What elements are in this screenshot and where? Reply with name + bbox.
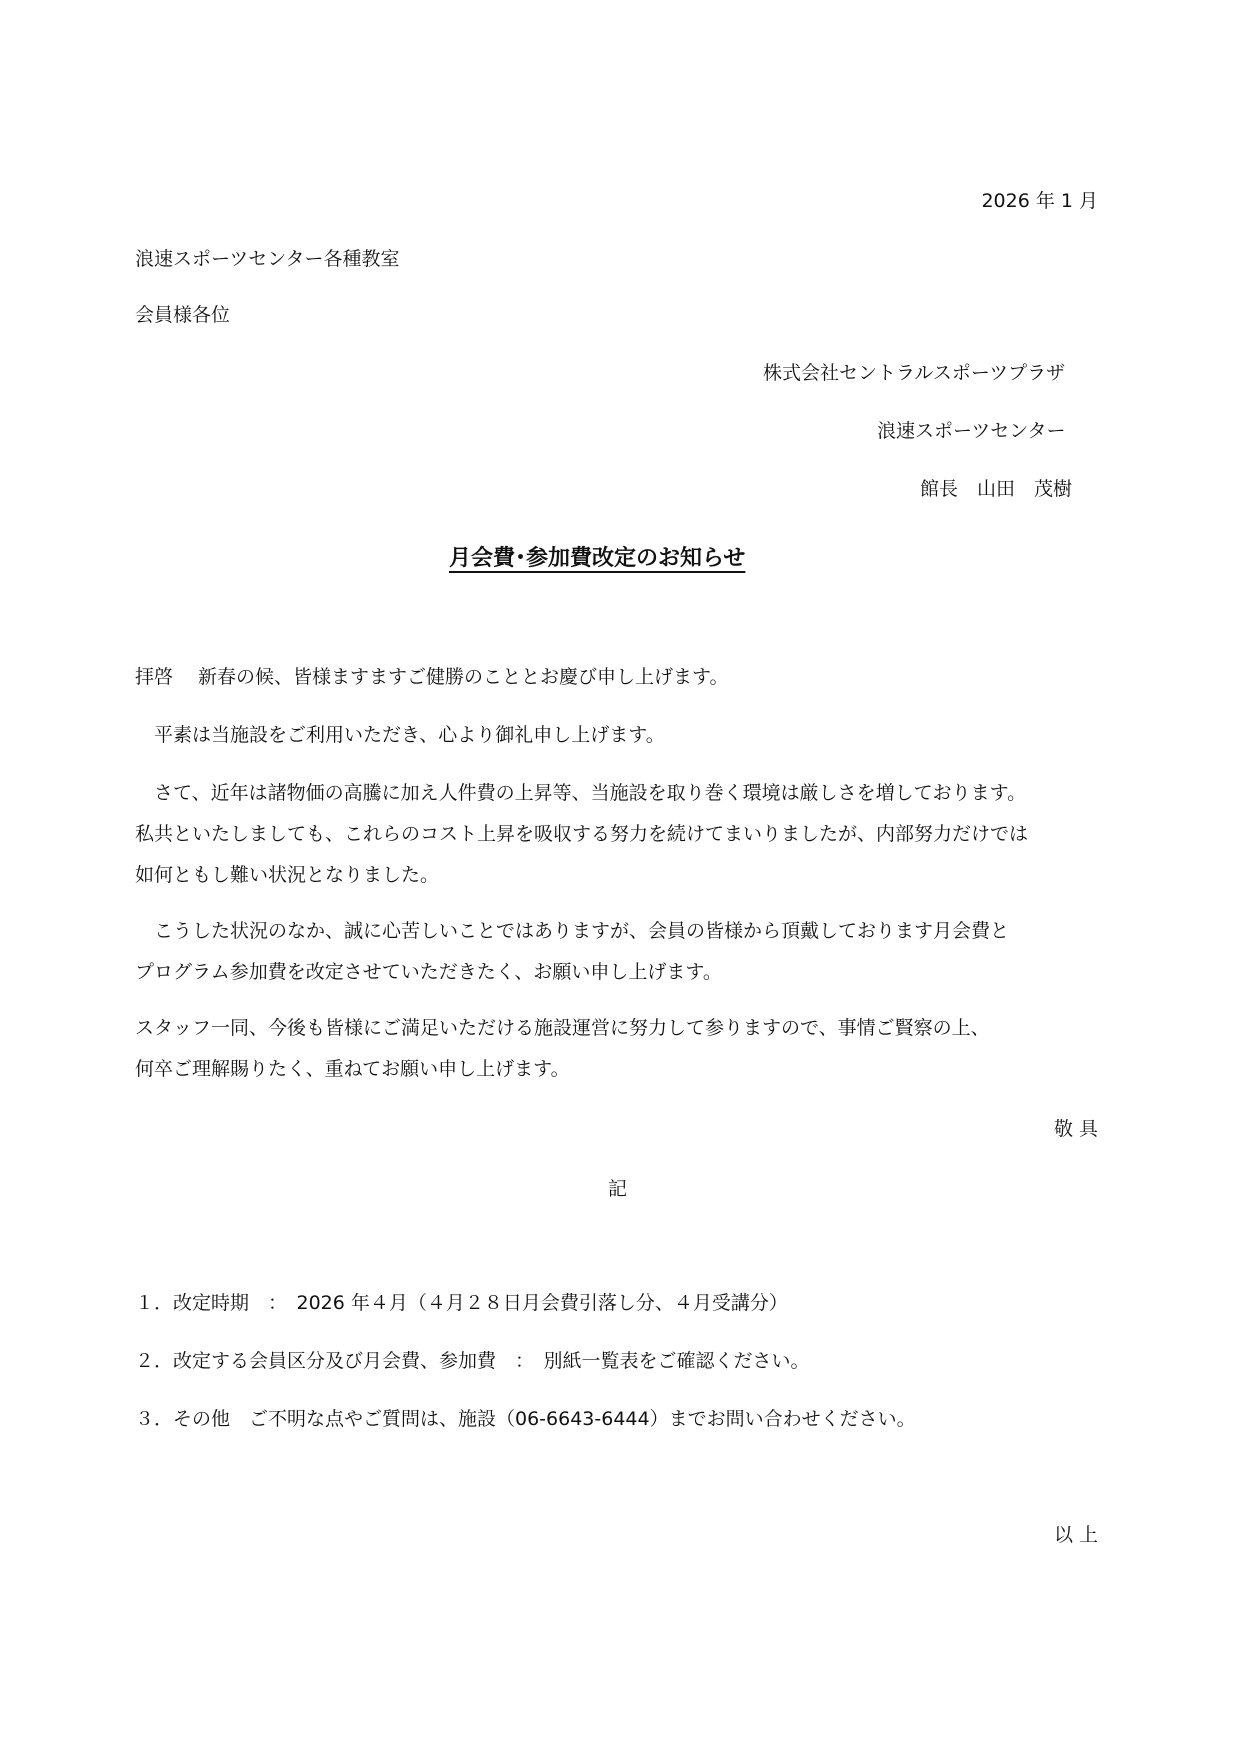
end-ijo: 以 上 [1054, 1526, 1098, 1545]
paragraph-fee-revision: こうした状況のなか、誠に心苦しいことではありますが、会員の皆様から頂戴しておりま… [135, 922, 1115, 982]
paragraph-line: スタッフ一同、今後も皆様にご満足いただける施設運営に努力して参りますので、事情ご… [135, 1019, 1115, 1038]
paragraph-line: 私共といたしましても、これらのコスト上昇を吸収する努力を続けてまいりましたが、内… [135, 825, 1115, 844]
recipient-salutation: 会員様各位 [135, 306, 230, 325]
paragraph-cost-increase: さて、近年は諸物価の高騰に加え人件費の上昇等、当施設を取り巻く環境は厳しさを増し… [135, 784, 1115, 885]
item-revision-date: １．改定時期 ： 2026 年４月（４月２８日月会費引落し分、４月受講分） [135, 1294, 788, 1313]
closing-keigu: 敬 具 [1054, 1120, 1098, 1139]
sender-director: 館長 山田 茂樹 [920, 480, 1072, 499]
ki-heading: 記 [608, 1180, 627, 1199]
thanks-line: 平素は当施設をご利用いただき、心より御礼申し上げます。 [135, 726, 665, 745]
paragraph-line: 如何ともし難い状況となりました。 [135, 866, 1115, 885]
sender-facility: 浪速スポーツセンター [877, 422, 1065, 441]
document-date: 2026 年 1 月 [981, 192, 1098, 211]
recipient-organization: 浪速スポーツセンター各種教室 [135, 250, 399, 269]
paragraph-line: 何卒ご理解賜りたく、重ねてお願い申し上げます。 [135, 1060, 1115, 1079]
document-title: 月会費･参加費改定のお知らせ [449, 548, 745, 570]
greeting-line: 拝啓 新春の候、皆様ますますご健勝のこととお慶び申し上げます。 [135, 668, 729, 687]
paragraph-line: さて、近年は諸物価の高騰に加え人件費の上昇等、当施設を取り巻く環境は厳しさを増し… [135, 784, 1115, 803]
paragraph-request-understanding: スタッフ一同、今後も皆様にご満足いただける施設運営に努力して参りますので、事情ご… [135, 1019, 1115, 1079]
item-other-contact: ３．その他 ご不明な点やご質問は、施設（06-6643-6444）までお問い合わ… [135, 1410, 916, 1429]
sender-company: 株式会社セントラルスポーツプラザ [763, 364, 1065, 383]
item-member-categories: ２．改定する会員区分及び月会費、参加費 ： 別紙一覧表をご確認ください。 [135, 1352, 810, 1371]
paragraph-line: こうした状況のなか、誠に心苦しいことではありますが、会員の皆様から頂戴しておりま… [135, 922, 1115, 941]
paragraph-line: プログラム参加費を改定させていただきたく、お願い申し上げます。 [135, 963, 1115, 982]
